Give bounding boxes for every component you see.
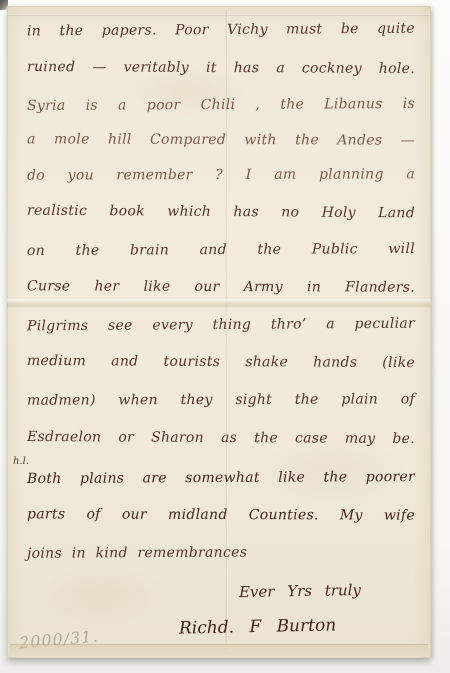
margin-note: h.l. — [13, 456, 29, 467]
handwriting-line: ruined — veritably it has a cockney hole… — [27, 57, 415, 79]
handwriting-line: Esdraelon or Sharon as the case may be. — [27, 427, 415, 449]
paper-stain — [37, 566, 167, 626]
handwriting-line: do you remember ? I am planning a — [27, 164, 415, 185]
letter-paper: in the papers. Poor Vichy must be quite … — [7, 6, 431, 658]
fold-crease-horizontal — [7, 299, 431, 308]
signature: Richd. F Burton — [179, 615, 337, 638]
handwriting-line: medium and tourists shake hands (like — [27, 351, 415, 373]
handwriting-line: in the papers. Poor Vichy must be quite — [27, 19, 415, 42]
handwriting-line: joins in kind remembrances — [27, 542, 301, 563]
scanned-letter-background: in the papers. Poor Vichy must be quite … — [0, 0, 450, 673]
handwriting-line: a mole hill Compared with the Andes — — [27, 129, 415, 150]
handwriting-line: madmen) when they sight the plain of — [27, 389, 415, 410]
closing-line: Ever Yrs truly — [239, 581, 361, 601]
handwriting-line: parts of our midland Counties. My wife — [27, 504, 415, 525]
paper-bottom-fold-flap — [10, 644, 428, 656]
fold-crease-top — [7, 14, 431, 16]
handwriting-line: realistic book which has no Holy Land — [27, 201, 415, 224]
handwriting-line: Both plains are somewhat like the poorer — [27, 467, 415, 489]
handwriting-line: Curse her like our Army in Flanders. — [27, 276, 415, 297]
handwriting-line: on the brain and the Public will — [27, 239, 415, 261]
handwriting-line: Syria is a poor Chili , the Libanus is — [27, 94, 415, 116]
handwriting-line: Pilgrims see every thing thro’ a peculia… — [27, 314, 415, 337]
